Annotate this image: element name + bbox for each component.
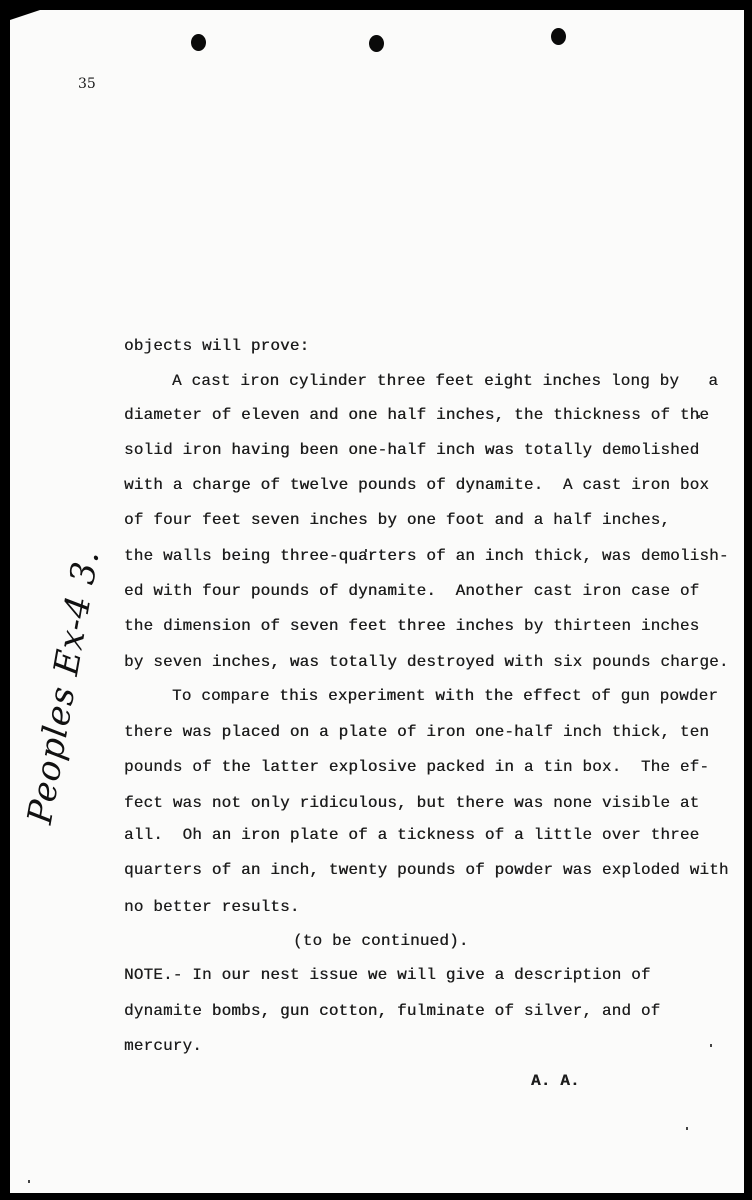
speck (686, 1127, 688, 1130)
body-line: diameter of eleven and one half inches, … (124, 405, 709, 425)
paragraph-line: A cast iron cylinder three feet eight in… (124, 371, 718, 391)
editor-note-line: dynamite bombs, gun cotton, fulminate of… (124, 1001, 660, 1021)
body-line: of four feet seven inches by one foot an… (124, 510, 670, 530)
punch-hole-right (551, 28, 566, 45)
body-line: there was placed on a plate of iron one-… (124, 722, 709, 742)
continuation-note: (to be continued). (293, 931, 469, 951)
signature-initials: A. A. (531, 1071, 580, 1091)
body-line: all. Oh an iron plate of a tickness of a… (124, 825, 699, 845)
editor-note-line: mercury. (124, 1036, 202, 1056)
body-line: pounds of the latter explosive packed in… (124, 757, 709, 777)
paragraph-line: To compare this experiment with the effe… (124, 686, 718, 706)
body-line: the walls being three-quarters of an inc… (124, 546, 729, 566)
body-line: with a charge of twelve pounds of dynami… (124, 475, 709, 495)
page-number: 35 (78, 76, 96, 92)
speck (28, 1180, 30, 1183)
body-line: objects will prove: (124, 336, 309, 356)
speck (710, 1044, 712, 1047)
body-line: solid iron having been one-half inch was… (124, 440, 699, 460)
body-line: by seven inches, was totally destroyed w… (124, 652, 729, 672)
punch-hole-left (191, 34, 206, 51)
body-line: fect was not only ridiculous, but there … (124, 793, 699, 813)
body-line: the dimension of seven feet three inches… (124, 616, 699, 636)
punch-hole-center (369, 35, 384, 52)
editor-note-line: NOTE.- In our nest issue we will give a … (124, 965, 651, 985)
body-line: ed with four pounds of dynamite. Another… (124, 581, 699, 601)
body-line: quarters of an inch, twenty pounds of po… (124, 860, 729, 880)
body-line: no better results. (124, 897, 300, 917)
